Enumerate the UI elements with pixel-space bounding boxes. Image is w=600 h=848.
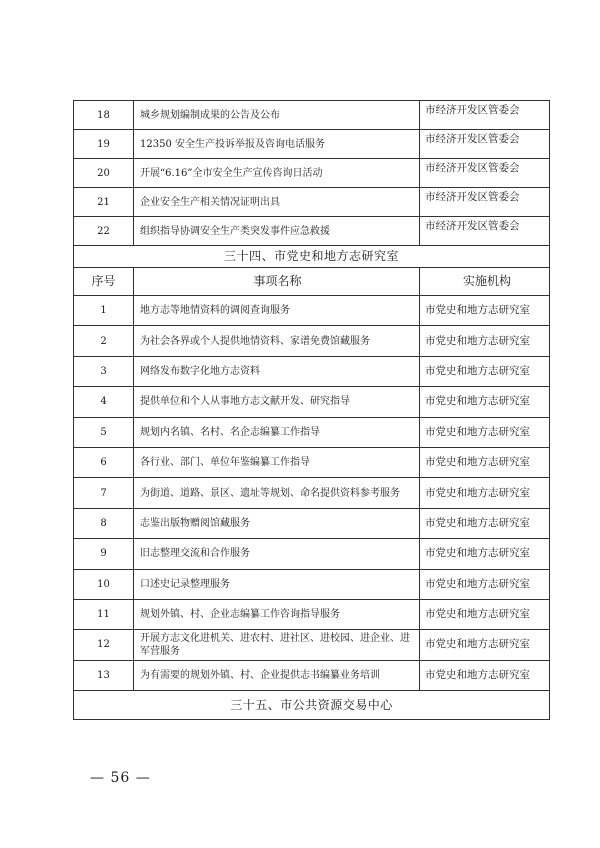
row-number: 18 [74,101,134,130]
item-name: 网络发布数字化地方志资料 [134,356,420,386]
item-name: 开展方志文化进机关、进农村、进社区、进校园、进企业、进军营服务 [134,630,420,660]
row-number: 11 [74,599,134,629]
table-row: 10 口述史记录整理服务 市党史和地方志研究室 [74,569,550,599]
table-row: 21 企业安全生产相关情况证明出具 市经济开发区管委会 [74,188,550,217]
implementing-agency: 市党史和地方志研究室 [420,296,550,326]
table-row: 19 12350 安全生产投诉举报及咨询电话服务 市经济开发区管委会 [74,130,550,159]
column-header-row: 序号 事项名称 实施机构 [74,268,550,296]
row-number: 7 [74,478,134,508]
service-items-table: 18 城乡规划编制成果的公告及公布 市经济开发区管委会 19 12350 安全生… [73,100,550,720]
row-number: 8 [74,508,134,538]
item-name: 口述史记录整理服务 [134,569,420,599]
row-number: 3 [74,356,134,386]
implementing-agency: 市党史和地方志研究室 [420,539,550,569]
item-name: 各行业、部门、单位年鉴编纂工作指导 [134,447,420,477]
row-number: 10 [74,569,134,599]
item-name: 提供单位和个人从事地方志文献开发、研究指导 [134,387,420,417]
table-row: 1 地方志等地情资料的调阅查询服务 市党史和地方志研究室 [74,296,550,326]
implementing-agency: 市党史和地方志研究室 [420,417,550,447]
implementing-agency: 市党史和地方志研究室 [420,599,550,629]
implementing-agency: 市党史和地方志研究室 [420,356,550,386]
table-row: 22 组织指导协调安全生产类突发事件应急救援 市经济开发区管委会 [74,217,550,246]
row-number: 13 [74,660,134,690]
implementing-agency: 市经济开发区管委会 [420,217,550,246]
row-number: 1 [74,296,134,326]
row-number: 9 [74,539,134,569]
item-name: 组织指导协调安全生产类突发事件应急救援 [134,217,420,246]
table-row: 3 网络发布数字化地方志资料 市党史和地方志研究室 [74,356,550,386]
implementing-agency: 市经济开发区管委会 [420,101,550,130]
implementing-agency: 市党史和地方志研究室 [420,630,550,660]
implementing-agency: 市经济开发区管委会 [420,188,550,217]
item-name: 12350 安全生产投诉举报及咨询电话服务 [134,130,420,159]
row-number: 21 [74,188,134,217]
table-row: 7 为街道、道路、景区、遗址等规划、命名提供资料参考服务 市党史和地方志研究室 [74,478,550,508]
table-row: 20 开展“6.16”全市安全生产宣传咨询日活动 市经济开发区管委会 [74,159,550,188]
section-title: 三十四、市党史和地方志研究室 [74,246,550,268]
row-number: 6 [74,447,134,477]
item-name: 规划外镇、村、企业志编纂工作咨询指导服务 [134,599,420,629]
item-name: 地方志等地情资料的调阅查询服务 [134,296,420,326]
column-header-item-name: 事项名称 [134,268,420,296]
table-row: 13 为有需要的规划外镇、村、企业提供志书编纂业务培训 市党史和地方志研究室 [74,660,550,690]
item-name: 旧志整理交流和合作服务 [134,539,420,569]
item-name: 开展“6.16”全市安全生产宣传咨询日活动 [134,159,420,188]
table-row: 11 规划外镇、村、企业志编纂工作咨询指导服务 市党史和地方志研究室 [74,599,550,629]
row-number: 12 [74,630,134,660]
implementing-agency: 市经济开发区管委会 [420,159,550,188]
implementing-agency: 市党史和地方志研究室 [420,326,550,356]
implementing-agency: 市经济开发区管委会 [420,130,550,159]
item-name: 城乡规划编制成果的公告及公布 [134,101,420,130]
row-number: 22 [74,217,134,246]
implementing-agency: 市党史和地方志研究室 [420,478,550,508]
item-name: 为社会各界或个人提供地情资料、家谱免费馆藏服务 [134,326,420,356]
table-row: 9 旧志整理交流和合作服务 市党史和地方志研究室 [74,539,550,569]
row-number: 2 [74,326,134,356]
item-name: 为有需要的规划外镇、村、企业提供志书编纂业务培训 [134,660,420,690]
implementing-agency: 市党史和地方志研究室 [420,447,550,477]
item-name: 志鉴出版物赠阅馆藏服务 [134,508,420,538]
table-row: 2 为社会各界或个人提供地情资料、家谱免费馆藏服务 市党史和地方志研究室 [74,326,550,356]
row-number: 4 [74,387,134,417]
implementing-agency: 市党史和地方志研究室 [420,569,550,599]
section-heading-row: 三十四、市党史和地方志研究室 [74,246,550,268]
item-name: 为街道、道路、景区、遗址等规划、命名提供资料参考服务 [134,478,420,508]
row-number: 5 [74,417,134,447]
section-title: 三十五、市公共资源交易中心 [74,691,550,720]
section-heading-row: 三十五、市公共资源交易中心 [74,691,550,720]
item-name: 规划内名镇、名村、名企志编纂工作指导 [134,417,420,447]
page-number: — 56 — [90,770,151,786]
table-row: 18 城乡规划编制成果的公告及公布 市经济开发区管委会 [74,101,550,130]
row-number: 20 [74,159,134,188]
column-header-agency: 实施机构 [420,268,550,296]
table-row: 8 志鉴出版物赠阅馆藏服务 市党史和地方志研究室 [74,508,550,538]
row-number: 19 [74,130,134,159]
table-row: 6 各行业、部门、单位年鉴编纂工作指导 市党史和地方志研究室 [74,447,550,477]
table-row: 12 开展方志文化进机关、进农村、进社区、进校园、进企业、进军营服务 市党史和地… [74,630,550,660]
table-row: 4 提供单位和个人从事地方志文献开发、研究指导 市党史和地方志研究室 [74,387,550,417]
table-row: 5 规划内名镇、名村、名企志编纂工作指导 市党史和地方志研究室 [74,417,550,447]
column-header-number: 序号 [74,268,134,296]
implementing-agency: 市党史和地方志研究室 [420,508,550,538]
item-name: 企业安全生产相关情况证明出具 [134,188,420,217]
implementing-agency: 市党史和地方志研究室 [420,660,550,690]
implementing-agency: 市党史和地方志研究室 [420,387,550,417]
